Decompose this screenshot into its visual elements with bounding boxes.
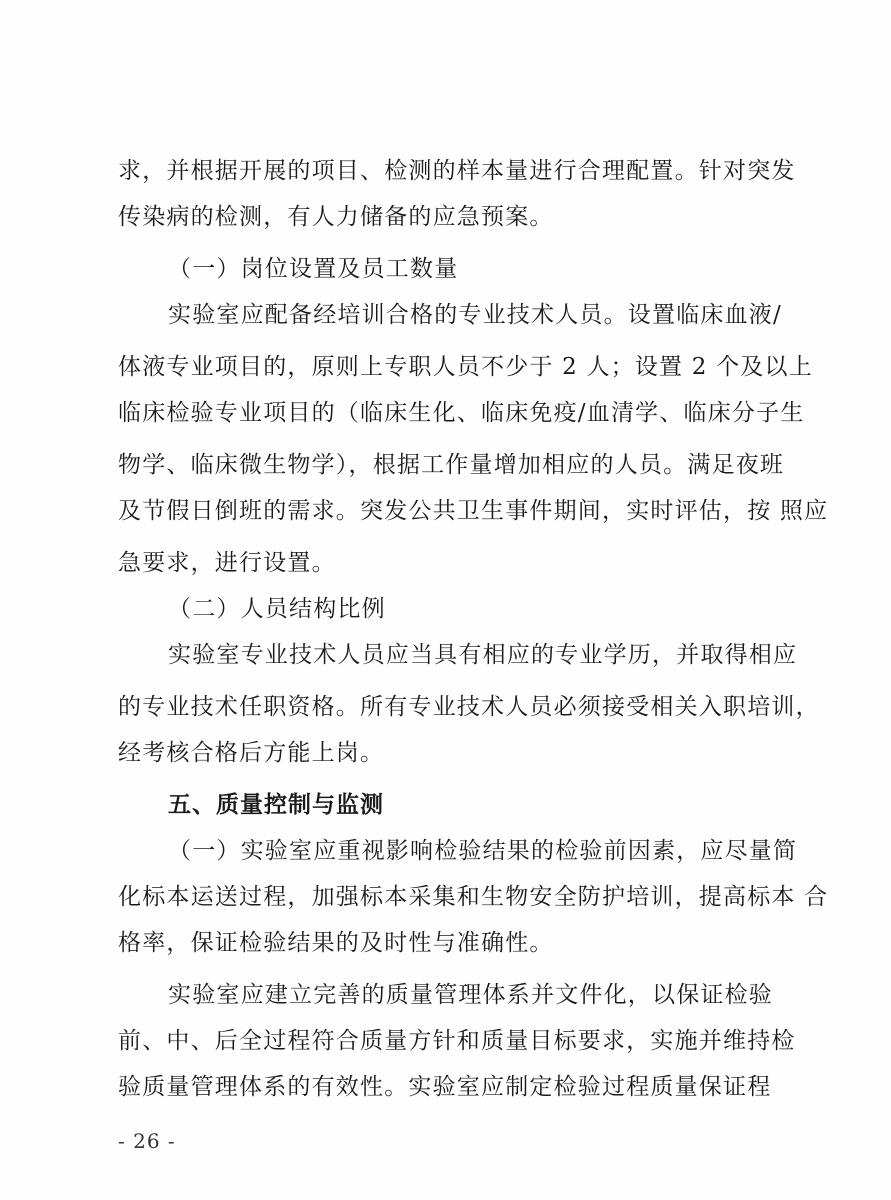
body-text-line: 求，并根据开展的项目、检测的样本量进行合理配置。针对突发 [118, 156, 798, 186]
body-text-line: 前、中、后全过程符合质量方针和质量目标要求，实施并维持检 [118, 1026, 798, 1056]
body-text-line: 经考核合格后方能上岗。 [118, 738, 798, 768]
body-text-line: 化标本运送过程，加强标本采集和生物安全防护培训，提高标本 合 [118, 882, 798, 912]
body-text-line: 及节假日倒班的需求。突发公共卫生事件期间，实时评估，按 照应 [118, 496, 798, 526]
paragraph-first-line: （一）实验室应重视影响检验结果的检验前因素，应尽量简 [168, 836, 798, 866]
body-text-line: 验质量管理体系的有效性。实验室应制定检验过程质量保证程 [118, 1072, 798, 1102]
body-text-line: 传染病的检测，有人力储备的应急预案。 [118, 202, 798, 232]
section-heading-5: 五、质量控制与监测 [168, 790, 798, 820]
subsection-heading-2: （二）人员结构比例 [168, 594, 798, 624]
page-number: - 26 - [118, 1128, 176, 1154]
body-text-line: 临床检验专业项目的（临床生化、临床免疫/血清学、临床分子生 [118, 398, 798, 428]
body-text-line: 物学、临床微生物学），根据工作量增加相应的人员。满足夜班 [118, 450, 798, 480]
body-text-line: 体液专业项目的，原则上专职人员不少于 2 人；设置 2 个及以上 [118, 352, 798, 382]
paragraph-first-line: 实验室应配备经培训合格的专业技术人员。设置临床血液/ [168, 300, 798, 330]
body-text-line: 格率，保证检验结果的及时性与准确性。 [118, 928, 798, 958]
paragraph-first-line: 实验室应建立完善的质量管理体系并文件化，以保证检验 [168, 980, 798, 1010]
document-page: 求，并根据开展的项目、检测的样本量进行合理配置。针对突发 传染病的检测，有人力储… [0, 0, 891, 1200]
subsection-heading-1: （一）岗位设置及员工数量 [168, 254, 798, 284]
paragraph-first-line: 实验室专业技术人员应当具有相应的专业学历，并取得相应 [168, 640, 798, 670]
body-text-line: 急要求，进行设置。 [118, 548, 798, 578]
body-text-line: 的专业技术任职资格。所有专业技术人员必须接受相关入职培训， [118, 692, 798, 722]
